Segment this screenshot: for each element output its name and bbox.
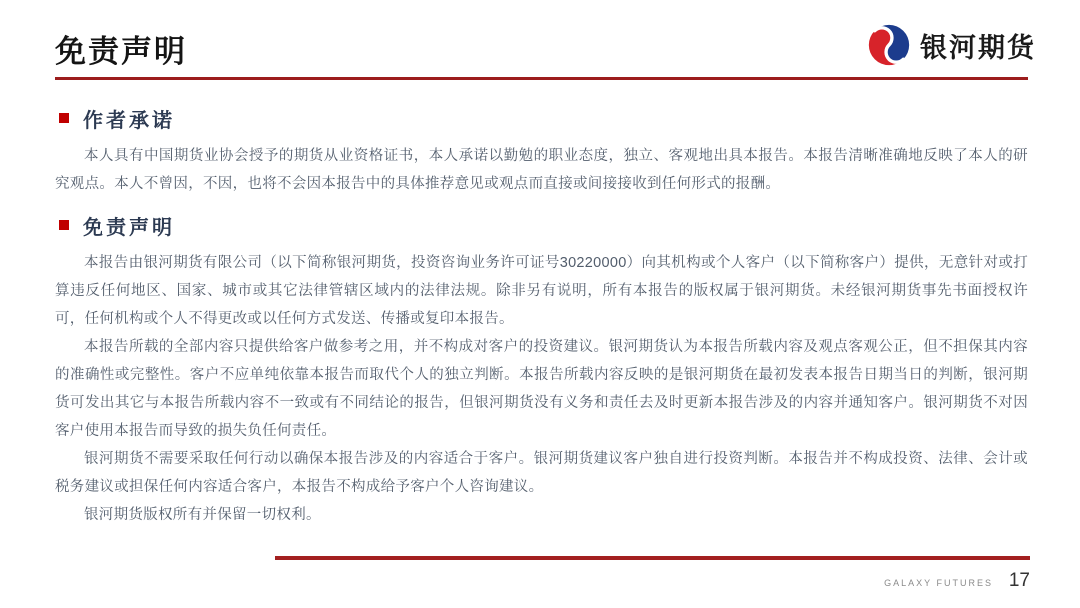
paragraph: 银河期货不需要采取任何行动以确保本报告涉及的内容适合于客户。银河期货建议客户独自… (55, 445, 1028, 501)
red-square-bullet-icon (59, 220, 69, 230)
section-heading-label: 免责声明 (83, 211, 175, 240)
paragraph: 本报告由银河期货有限公司（以下简称银河期货，投资咨询业务许可证号30220000… (55, 249, 1028, 333)
disclaimer-slide: 免责声明 银河期货 作者承诺 本人具有中国期货业协会授予的期货从业资格证书，本人… (0, 0, 1080, 608)
section-heading-disclaimer: 免责声明 (59, 213, 1028, 237)
paragraph: 本人具有中国期货业协会授予的期货从业资格证书，本人承诺以勤勉的职业态度，独立、客… (55, 142, 1028, 198)
galaxy-swirl-icon (867, 24, 911, 66)
brand-logo: 银河期货 (867, 24, 1036, 66)
paragraph: 本报告所载的全部内容只提供给客户做参考之用，并不构成对客户的投资建议。银河期货认… (55, 333, 1028, 445)
footer-brand: GALAXY FUTURES (884, 578, 993, 588)
red-square-bullet-icon (59, 113, 69, 123)
section-heading-label: 作者承诺 (83, 104, 175, 133)
paragraph: 银河期货版权所有并保留一切权利。 (55, 501, 1028, 529)
footer-divider (275, 556, 1030, 560)
content-area: 作者承诺 本人具有中国期货业协会授予的期货从业资格证书，本人承诺以勤勉的职业态度… (55, 106, 1028, 529)
section-heading-author-commitment: 作者承诺 (59, 106, 1028, 130)
brand-name: 银河期货 (920, 26, 1036, 65)
page-number: 17 (1009, 570, 1030, 592)
header-divider (55, 77, 1028, 80)
page-title: 免责声明 (55, 26, 187, 71)
